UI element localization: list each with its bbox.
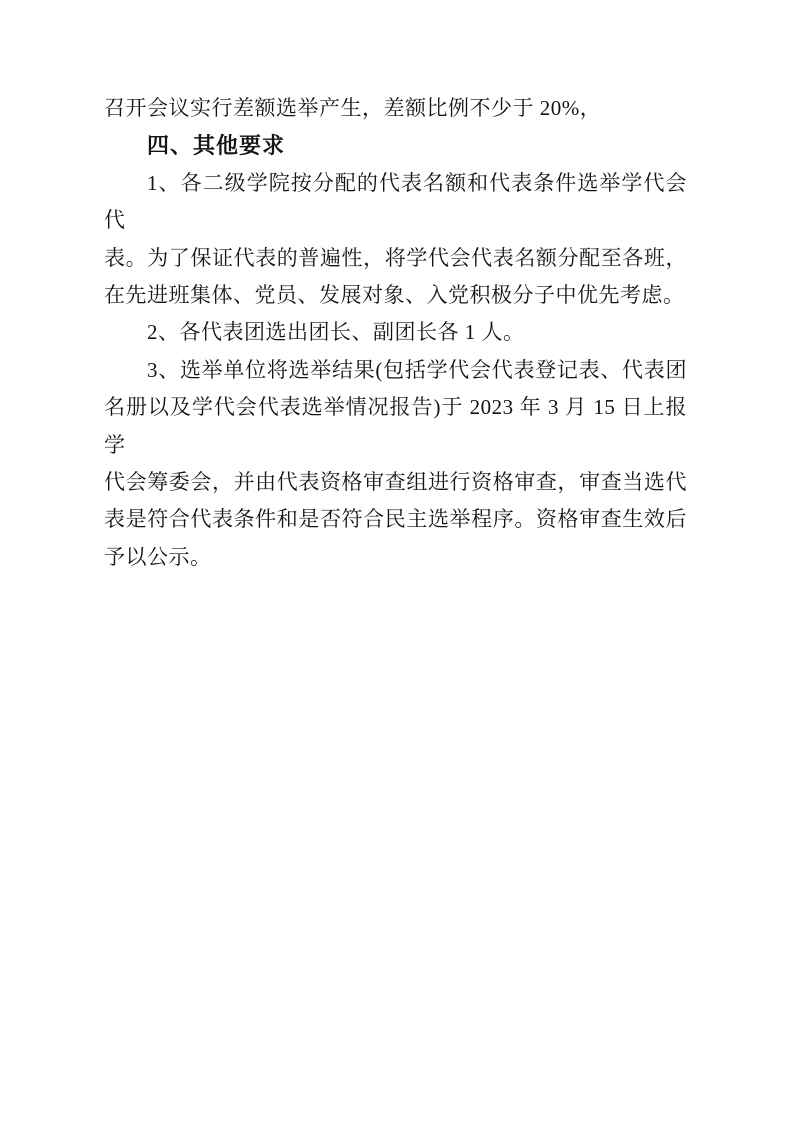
document-page: 召开会议实行差额选举产生，差额比例不少于 20%， 四、其他要求 1、各二级学院… [0, 0, 793, 1122]
item1-line3: 在先进班集体、党员、发展对象、入党积极分子中优先考虑。 [104, 277, 687, 314]
paragraph-continuation-line: 召开会议实行差额选举产生，差额比例不少于 20%， [104, 90, 687, 127]
document-text-block: 召开会议实行差额选举产生，差额比例不少于 20%， 四、其他要求 1、各二级学院… [104, 90, 687, 576]
item1-line1: 1、各二级学院按分配的代表名额和代表条件选举学代会代 [104, 165, 687, 240]
item3-line4: 表是符合代表条件和是否符合民主选举程序。资格审查生效后 [104, 501, 687, 538]
item3-line1: 3、选举单位将选举结果(包括学代会代表登记表、代表团 [104, 352, 687, 389]
item2-line1: 2、各代表团选出团长、副团长各 1 人。 [104, 314, 687, 351]
item3-line3: 代会筹委会，并由代表资格审查组进行资格审查，审查当选代 [104, 464, 687, 501]
section-heading: 四、其他要求 [104, 127, 687, 164]
item3-line2: 名册以及学代会代表选举情况报告)于 2023 年 3 月 15 日上报学 [104, 389, 687, 464]
item1-line2: 表。为了保证代表的普遍性，将学代会代表名额分配至各班， [104, 240, 687, 277]
item3-line5: 予以公示。 [104, 539, 687, 576]
